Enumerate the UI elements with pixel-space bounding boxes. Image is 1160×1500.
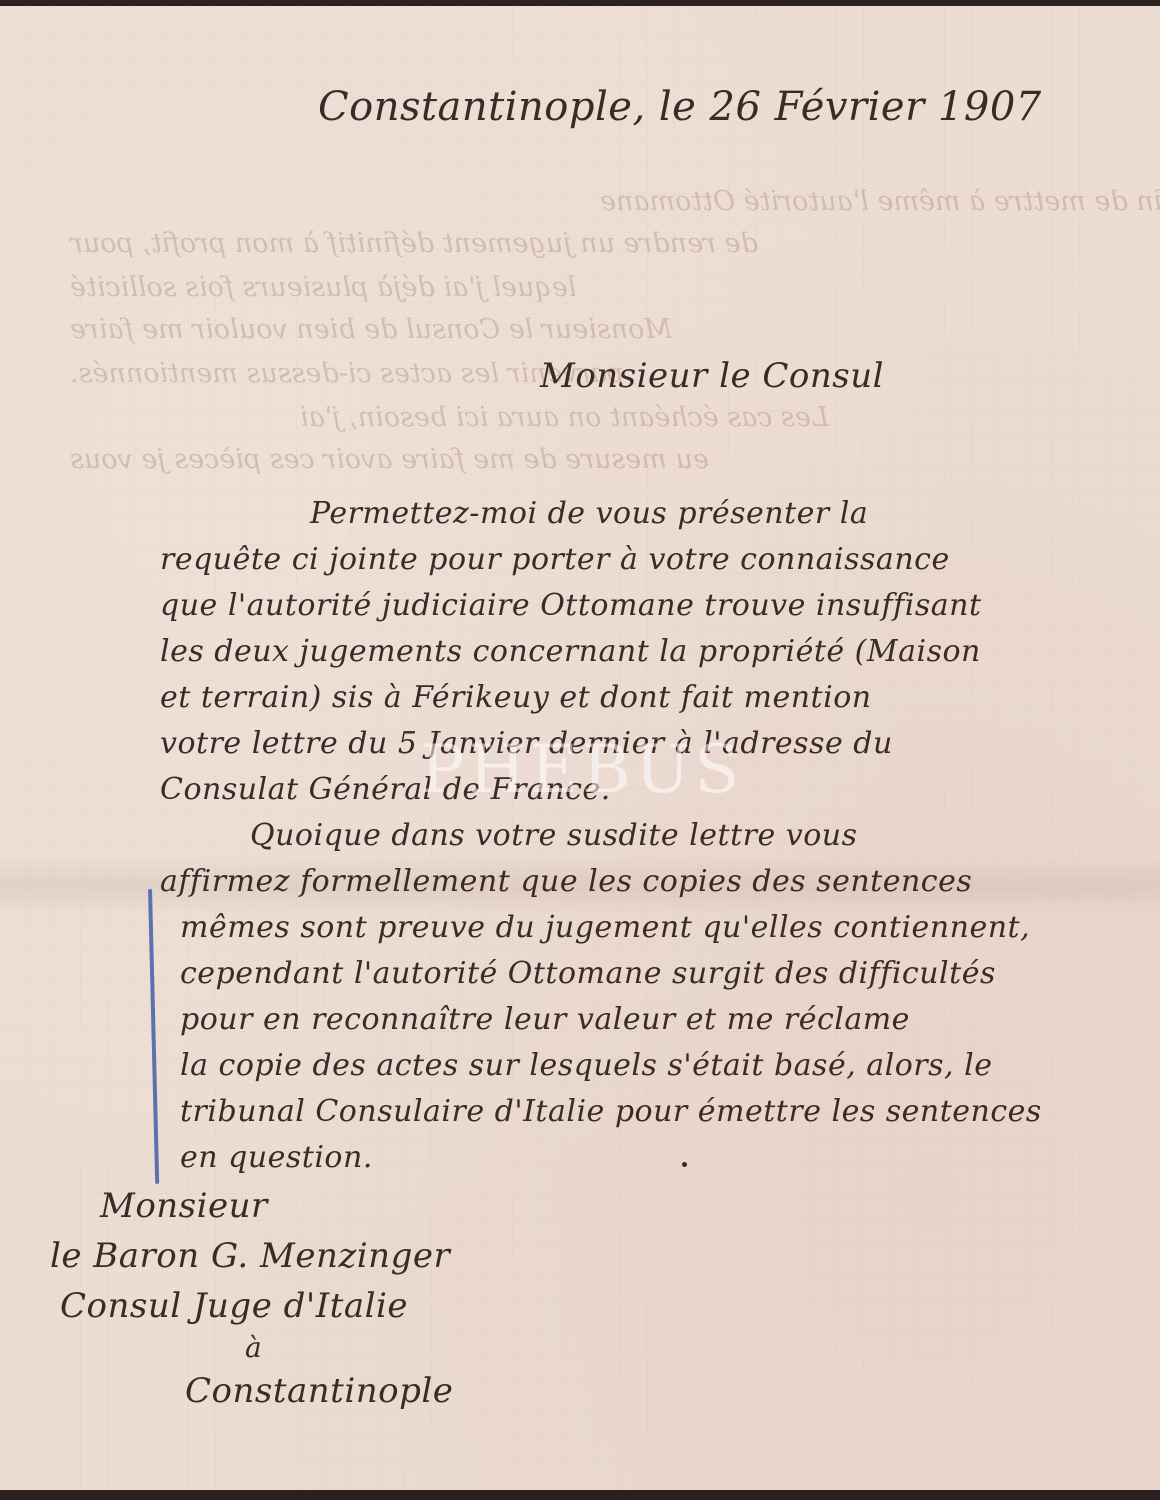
ink-spot (682, 1162, 687, 1167)
paragraph-1-line: et terrain) sis à Férikeuy et dont fait … (160, 680, 872, 715)
paragraph-1-line: requête ci jointe pour porter à votre co… (160, 542, 950, 577)
bleed-through-line: afin de mettre à même l'autorité Ottoman… (600, 186, 1160, 217)
paragraph-2-line: mêmes sont preuve du jugement qu'elles c… (180, 910, 1030, 945)
addressee-line: Constantinople (185, 1371, 453, 1411)
addressee-line: Monsieur (100, 1186, 268, 1226)
paragraph-2-line: pour en reconnaître leur valeur et me ré… (180, 1002, 910, 1037)
letter-page: afin de mettre à même l'autorité Ottoman… (0, 6, 1160, 1490)
bleed-through-line: Les cas échéant on aura ici besoin, j'ai (300, 402, 829, 433)
bleed-through-line: Monsieur le Consul de bien vouloir me fa… (70, 314, 672, 345)
paragraph-2-line: la copie des actes sur lesquels s'était … (180, 1048, 992, 1083)
paragraph-2-line: Quoique dans votre susdite lettre vous (250, 818, 858, 853)
addressee-line: à (245, 1331, 262, 1364)
paragraph-2-line: affirmez formellement que les copies des… (160, 864, 972, 899)
bleed-through-line: de rendre un jugement définitif à mon pr… (70, 228, 758, 259)
paragraph-2-line: en question. (180, 1140, 373, 1175)
blue-pencil-margin-mark (148, 889, 159, 1184)
salutation: Monsieur le Consul (540, 356, 884, 396)
paragraph-1-line: que l'autorité judiciaire Ottomane trouv… (160, 588, 982, 623)
bleed-through-line: eu mesure de me faire avoir ces pièces j… (70, 444, 709, 475)
addressee-line: le Baron G. Menzinger (50, 1236, 450, 1276)
addressee-line: Consul Juge d'Italie (60, 1286, 408, 1326)
paragraph-2-line: tribunal Consulaire d'Italie pour émettr… (180, 1094, 1042, 1129)
watermark: PHEBUS (420, 731, 743, 808)
paragraph-1-line: les deux jugements concernant la proprié… (160, 634, 981, 669)
bleed-through-line: lequel j'ai déjà plusieurs fois sollicit… (70, 272, 576, 303)
paragraph-2-line: cependant l'autorité Ottomane surgit des… (180, 956, 996, 991)
place-date: Constantinople, le 26 Février 1907 (318, 84, 1042, 130)
paragraph-1-line: Permettez-moi de vous présenter la (310, 496, 868, 531)
